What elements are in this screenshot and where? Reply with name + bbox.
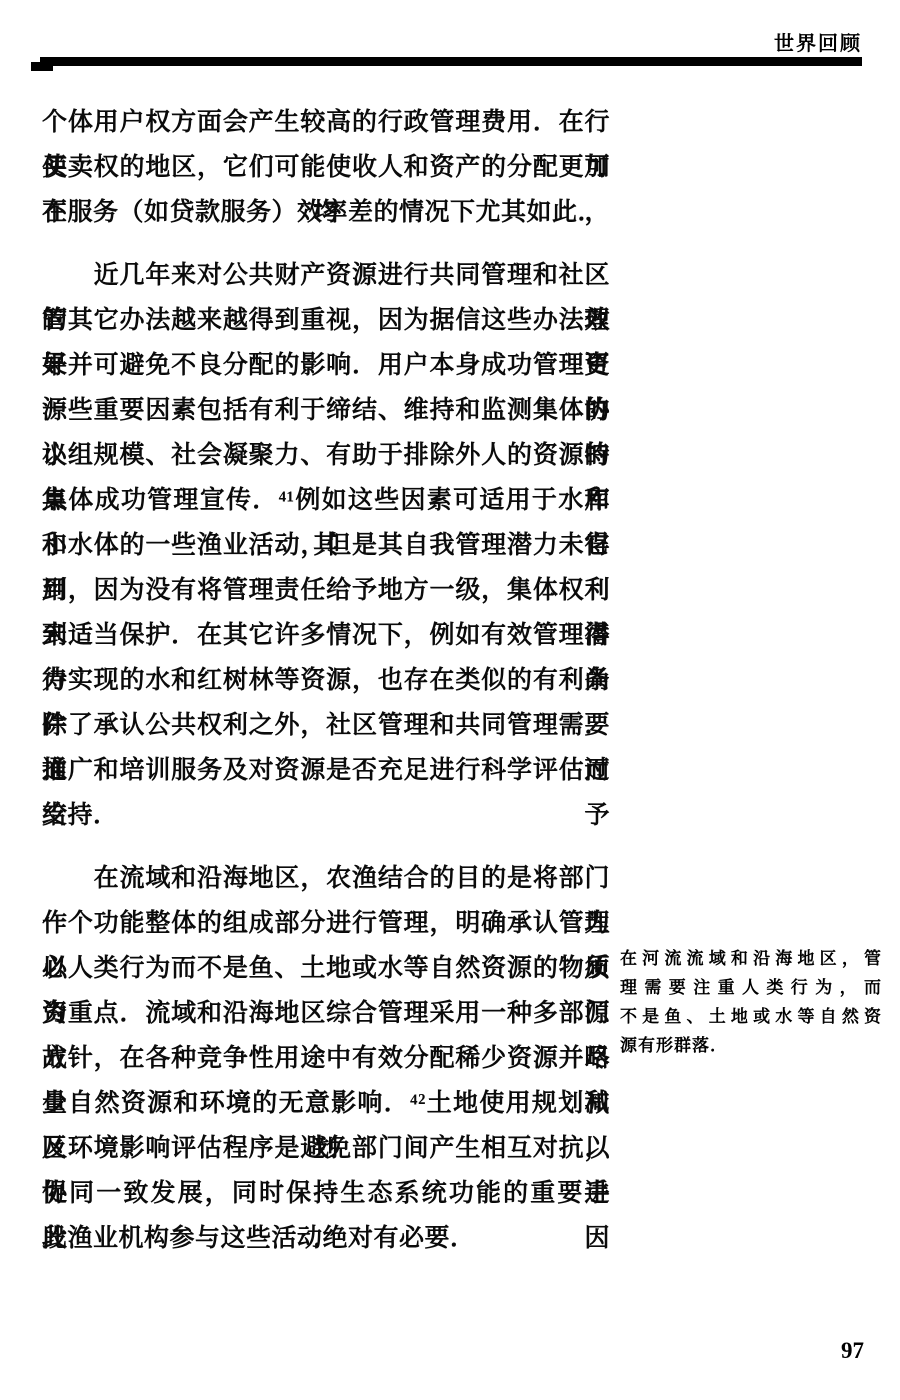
paragraph: 个体用户权方面会产生较高的行政管理费用．在行使可买卖权的地区，它们可能使收人和资… (42, 100, 610, 235)
page-number: 97 (841, 1338, 864, 1364)
header-rule (40, 57, 862, 66)
text-line: 少自然资源和环境的无意影响．⁴²土地使用规划和区划以 (42, 1081, 610, 1126)
margin-note: 在河流流域和沿海地区，管理需要注重人类行为，而不是鱼、土地或水等自然资源有形群落… (620, 944, 882, 1060)
text-line: 买卖权的地区，它们可能使收人和资产的分配更加不均， (42, 145, 610, 190)
text-line: 好并可避免不良分配的影响．用户本身成功管理资源的 (42, 343, 610, 388)
text-line: 一个功能整体的组成部分进行管理，明确承认管理必须 (42, 901, 610, 946)
document-page: 世界回顾 个体用户权方面会产生较高的行政管理费用．在行使可买卖权的地区，它们可能… (0, 0, 900, 1400)
body-text: 个体用户权方面会产生较高的行政管理费用．在行使可买卖权的地区，它们可能使收人和资… (42, 100, 610, 1279)
text-line: 小水体的一些渔业活动，但是其自我管理潜力未得到利 (42, 523, 610, 568)
paragraph: 近几年来对公共财产资源进行共同管理和社区管理的其它办法越来越得到重视，因为据信这… (42, 253, 610, 838)
text-line: 在流域和沿海地区，农渔结合的目的是将部门作为 (42, 856, 610, 901)
text-line: 推广和培训服务及对资源是否充足进行科学评估而给予 (42, 748, 610, 793)
text-line: 协同一致发展，同时保持生态系统功能的重要手段．因 (42, 1171, 610, 1216)
paragraph: 在流域和沿海地区，农渔结合的目的是将部门作为一个功能整体的组成部分进行管理，明确… (42, 856, 610, 1261)
text-line: 在河流流域和沿海地区，管 (620, 944, 882, 973)
text-line: 到适当保护．在其它许多情况下，例如有效管理潜力尚 (42, 613, 610, 658)
text-line: 及环境影响评估程序是避免部门间产生相互对抗，促进 (42, 1126, 610, 1171)
text-line: 近几年来对公共财产资源进行共同管理和社区管理 (42, 253, 610, 298)
text-line: 理需要注重人类行为，而 (620, 973, 882, 1002)
text-line: 用，因为没有将管理责任给予地方一级，集体权利未得 (42, 568, 610, 613)
text-line: 小组规模、社会凝聚力、有助于排除外人的资源特点和 (42, 433, 610, 478)
text-line: 集体成功管理宣传．⁴¹例如这些因素可适用于水库和其它 (42, 478, 610, 523)
text-line: 不是鱼、土地或水等自然资 (620, 1002, 882, 1031)
text-line: 一些重要因素包括有利于缔结、维持和监测集体协议的 (42, 388, 610, 433)
text-line: 方针，在各种竞争性用途中有效分配稀少资源并尽量减 (42, 1036, 610, 1081)
text-line: 以人类行为而不是鱼、土地或水等自然资源的物质资源 (42, 946, 610, 991)
text-line: 在服务（如贷款服务）效率差的情况下尤其如此． (42, 190, 610, 235)
text-line: 除了承认公共权利之外，社区管理和共同管理需要通过 (42, 703, 610, 748)
running-head: 世界回顾 (774, 27, 862, 56)
text-line: 源有形群落． (620, 1031, 882, 1060)
text-line: 为重点．流域和沿海地区综合管理采用一种多部门战略 (42, 991, 610, 1036)
text-line: 的其它办法越来越得到重视，因为据信这些办法效果更 (42, 298, 610, 343)
text-line: 待实现的水和红树林等资源，也存在类似的有利条件． (42, 658, 610, 703)
text-line: 个体用户权方面会产生较高的行政管理费用．在行使可 (42, 100, 610, 145)
header-rule-scan-artifact (31, 62, 53, 71)
